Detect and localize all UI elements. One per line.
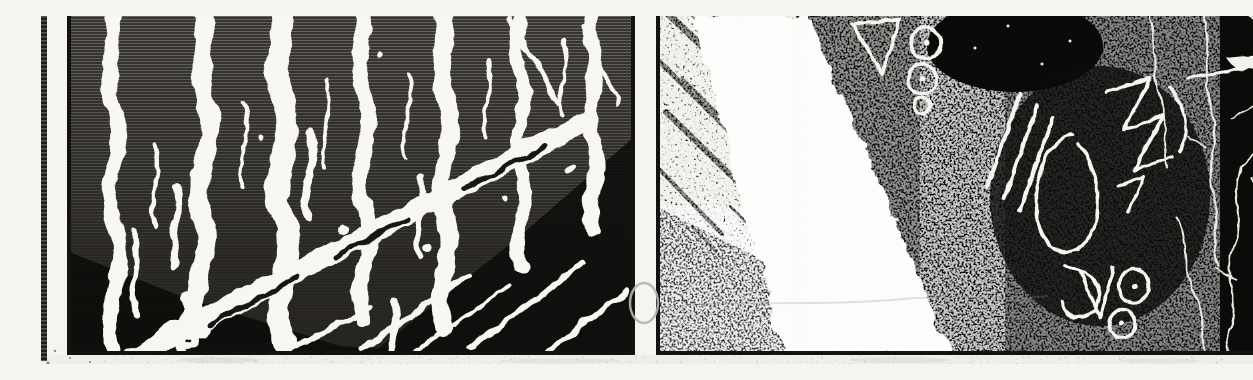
- panel-left: [67, 16, 635, 358]
- panel-right: [640, 16, 1253, 356]
- manga-artwork-canvas: [40, 16, 1253, 364]
- binding-edge: [41, 16, 47, 361]
- manga-page-strip: [40, 16, 1253, 364]
- panel-gutter: [635, 16, 656, 355]
